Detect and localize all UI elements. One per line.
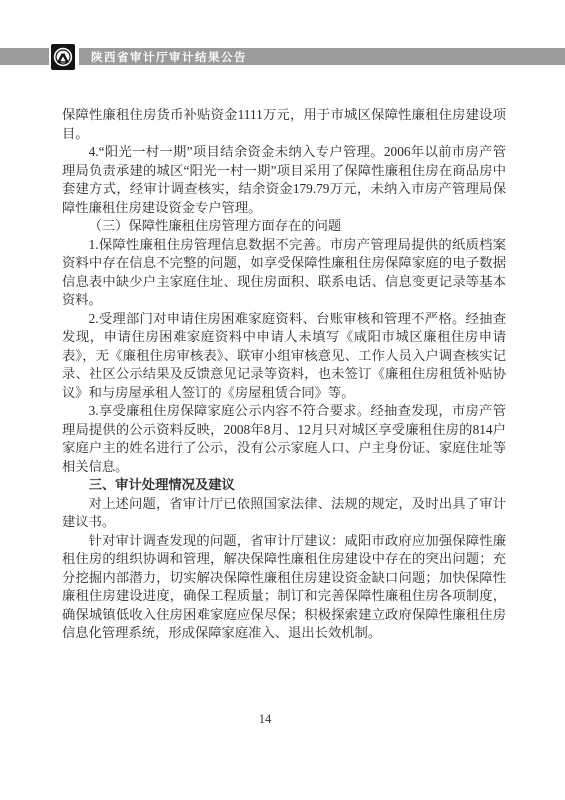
- subsection-heading-3: （三）保障性廉租住房管理方面存在的问题: [62, 217, 506, 236]
- paragraph-conclusion-2: 针对审计调查发现的问题，省审计厅建议：咸阳市政府应加强保障性廉租住房的组织协调和…: [62, 532, 506, 643]
- document-body: 保障性廉租住房货币补贴资金1111万元，用于市城区保障性廉租住房建设项目。 4.…: [62, 106, 506, 643]
- section-heading-audit-recommendations: 三、审计处理情况及建议: [62, 476, 506, 495]
- header-bar-left-segment: [0, 48, 49, 65]
- paragraph-item-4: 4.“阳光一村一期”项目结余资金未纳入专户管理。2006年以前市房产管理局负责承…: [62, 143, 506, 217]
- paragraph-point-2: 2.受理部门对申请住房困难家庭资料、台账审核和管理不严格。经抽查发现，申请住房困…: [62, 310, 506, 403]
- paragraph-point-1: 1.保障性廉租住房管理信息数据不完善。市房产管理局提供的纸质档案资料中存在信息不…: [62, 236, 506, 310]
- document-page: 陕西省审计厅审计结果公告 保障性廉租住房货币补贴资金1111万元，用于市城区保障…: [0, 0, 565, 800]
- paragraph-point-3: 3.享受廉租住房保障家庭公示内容不符合要求。经抽查发现，市房产管理局提供的公示资…: [62, 402, 506, 476]
- paragraph-conclusion-1: 对上述问题，省审计厅已依照国家法律、法规的规定，及时出具了审计建议书。: [62, 495, 506, 532]
- paragraph-continuation: 保障性廉租住房货币补贴资金1111万元，用于市城区保障性廉租住房建设项目。: [62, 106, 506, 143]
- header-title: 陕西省审计厅审计结果公告: [91, 49, 247, 65]
- header-bar: 陕西省审计厅审计结果公告: [79, 48, 565, 65]
- audit-emblem-icon: [51, 44, 75, 70]
- page-number: 14: [0, 712, 530, 727]
